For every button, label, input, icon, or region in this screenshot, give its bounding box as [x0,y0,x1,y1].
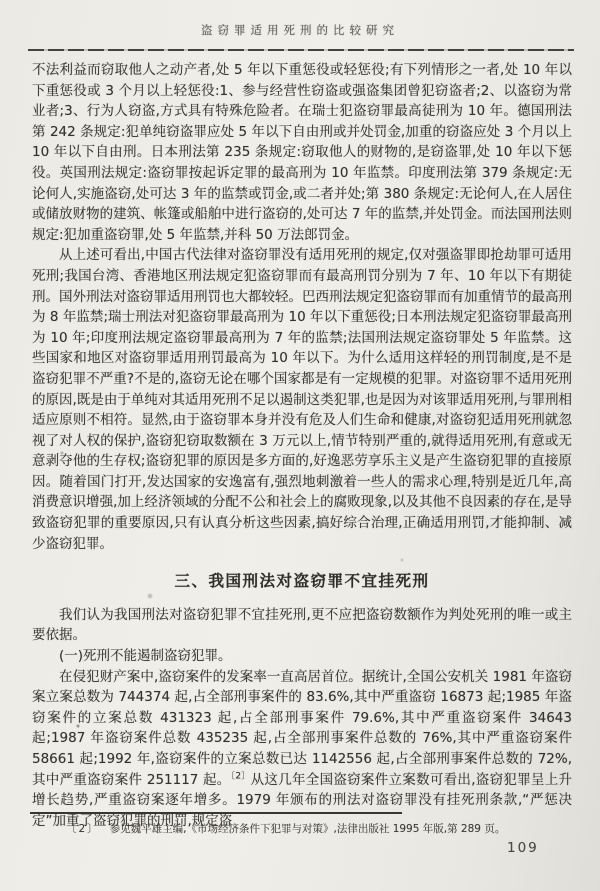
section-heading: 三、我国刑法对盗窃罪不宜挂死刑 [32,571,572,592]
scanned-book-page: 盗窃罪适用死刑的比较研究 不法利益而窃取他人之动产者,处 5 年以下重惩役或轻惩… [0,0,600,891]
statistics-text-before-note: 在侵犯财产案中,盗窃案件的发案率一直高居首位。据统计,全国公安机关 1981 年… [32,669,572,788]
footnote: 〔2〕参见魏平雄主编,《市场经济条件下犯罪与对策》,法律出版社 1995 年版,… [30,822,560,837]
paragraph-statistics: 在侵犯财产案中,盗窃案件的发案率一直高居首位。据统计,全国公安机关 1981 年… [32,667,572,832]
paragraph-comparison: 从上述可看出,中国古代法律对盗窃罪没有适用死刑的规定,仅对强盗罪即抢劫罪可适用死… [32,245,572,554]
paragraph-point-one: (一)死刑不能遏制盗窃犯罪。 [32,646,572,667]
paragraph-continuation: 不法利益而窃取他人之动产者,处 5 年以下重惩役或轻惩役;有下列情形之一者,处 … [32,60,572,245]
body-text-column: 不法利益而窃取他人之动产者,处 5 年以下重惩役或轻惩役;有下列情形之一者,处 … [32,60,572,831]
footnote-marker: 〔2〕 [66,823,100,835]
paragraph-thesis: 我们认为我国刑法对盗窃犯罪不宜挂死刑,更不应把盗窃数额作为判处死刑的唯一或主要依… [32,605,572,646]
footnote-rule [30,812,402,814]
footnote-reference-marker: 〔2〕 [231,771,251,781]
page-number: 109 [507,840,539,856]
header-rule [28,49,574,51]
footnote-text: 参见魏平雄主编,《市场经济条件下犯罪与对策》,法律出版社 1995 年版,第 2… [110,823,506,835]
running-title: 盗窃罪适用死刑的比较研究 [0,22,600,38]
